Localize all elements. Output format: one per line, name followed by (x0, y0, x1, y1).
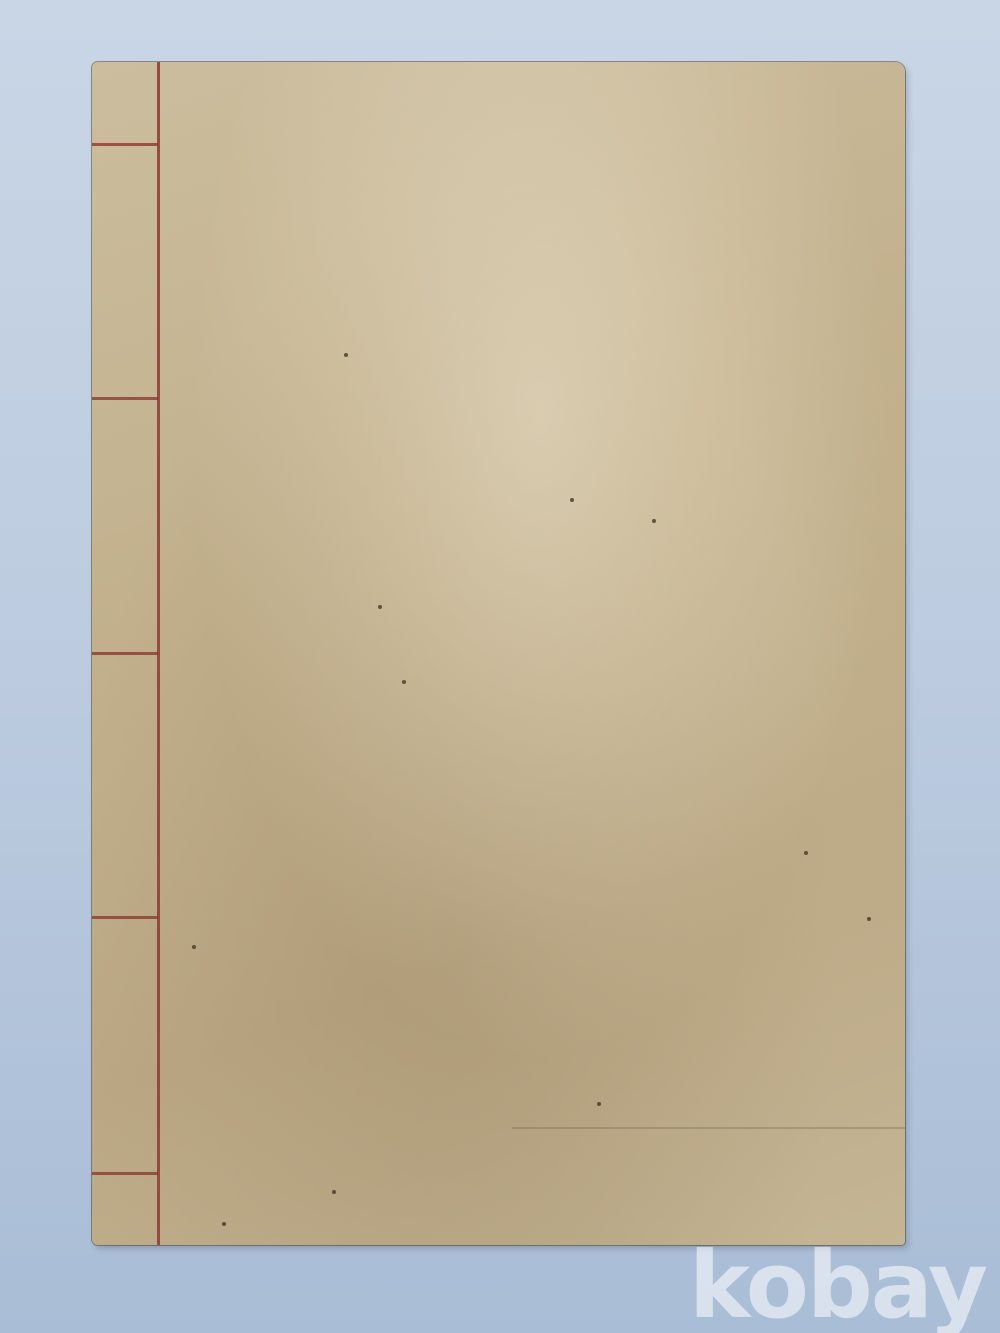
foxing-spot (570, 498, 574, 502)
foxing-spot (867, 917, 871, 921)
book-cover (92, 62, 905, 1245)
foxing-spot (378, 605, 382, 609)
binding-stitch-2 (92, 397, 158, 400)
binding-stitch-3 (92, 652, 158, 655)
paper-crease (512, 1127, 905, 1129)
binding-stitch-4 (92, 916, 158, 919)
binding-stitch-1 (92, 143, 158, 146)
foxing-spot (804, 851, 808, 855)
foxing-spot (402, 680, 406, 684)
foxing-spot (597, 1102, 601, 1106)
foxing-spot (344, 353, 348, 357)
watermark-logo: kobay (689, 1232, 986, 1333)
foxing-spot (332, 1190, 336, 1194)
foxing-spot (222, 1222, 226, 1226)
foxing-spot (652, 519, 656, 523)
foxing-spot (192, 945, 196, 949)
binding-stitch-5 (92, 1172, 158, 1175)
